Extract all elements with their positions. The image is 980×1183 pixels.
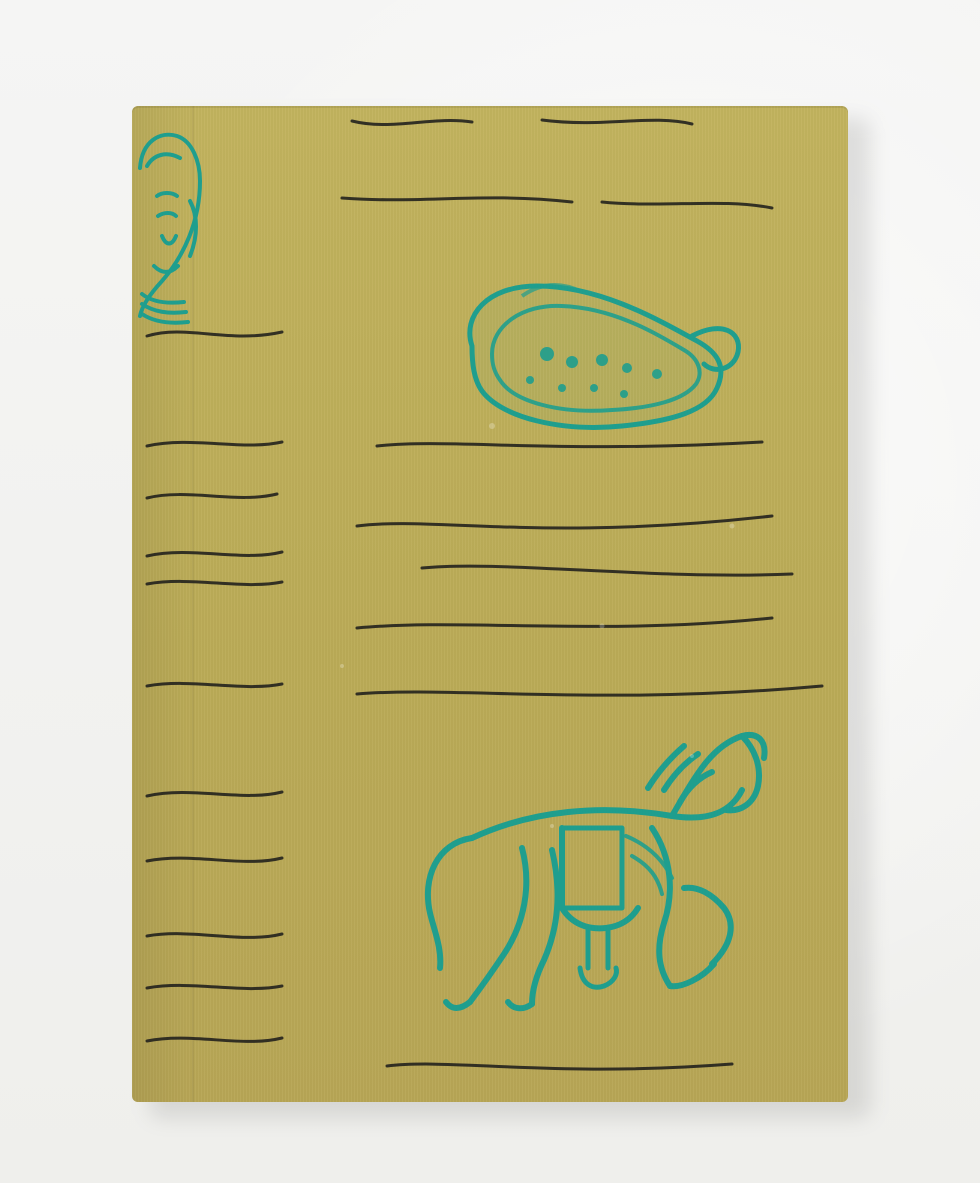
cover-art: [132, 106, 848, 1102]
paisley-motif: [470, 285, 739, 427]
photo-scene: handmade paper notebook with printed mot…: [0, 0, 980, 1183]
horse-motif: [428, 735, 765, 1008]
buddha-head-motif: [140, 135, 200, 323]
notebook: handmade paper notebook with printed mot…: [132, 106, 848, 1102]
script-lines: [147, 120, 822, 1069]
